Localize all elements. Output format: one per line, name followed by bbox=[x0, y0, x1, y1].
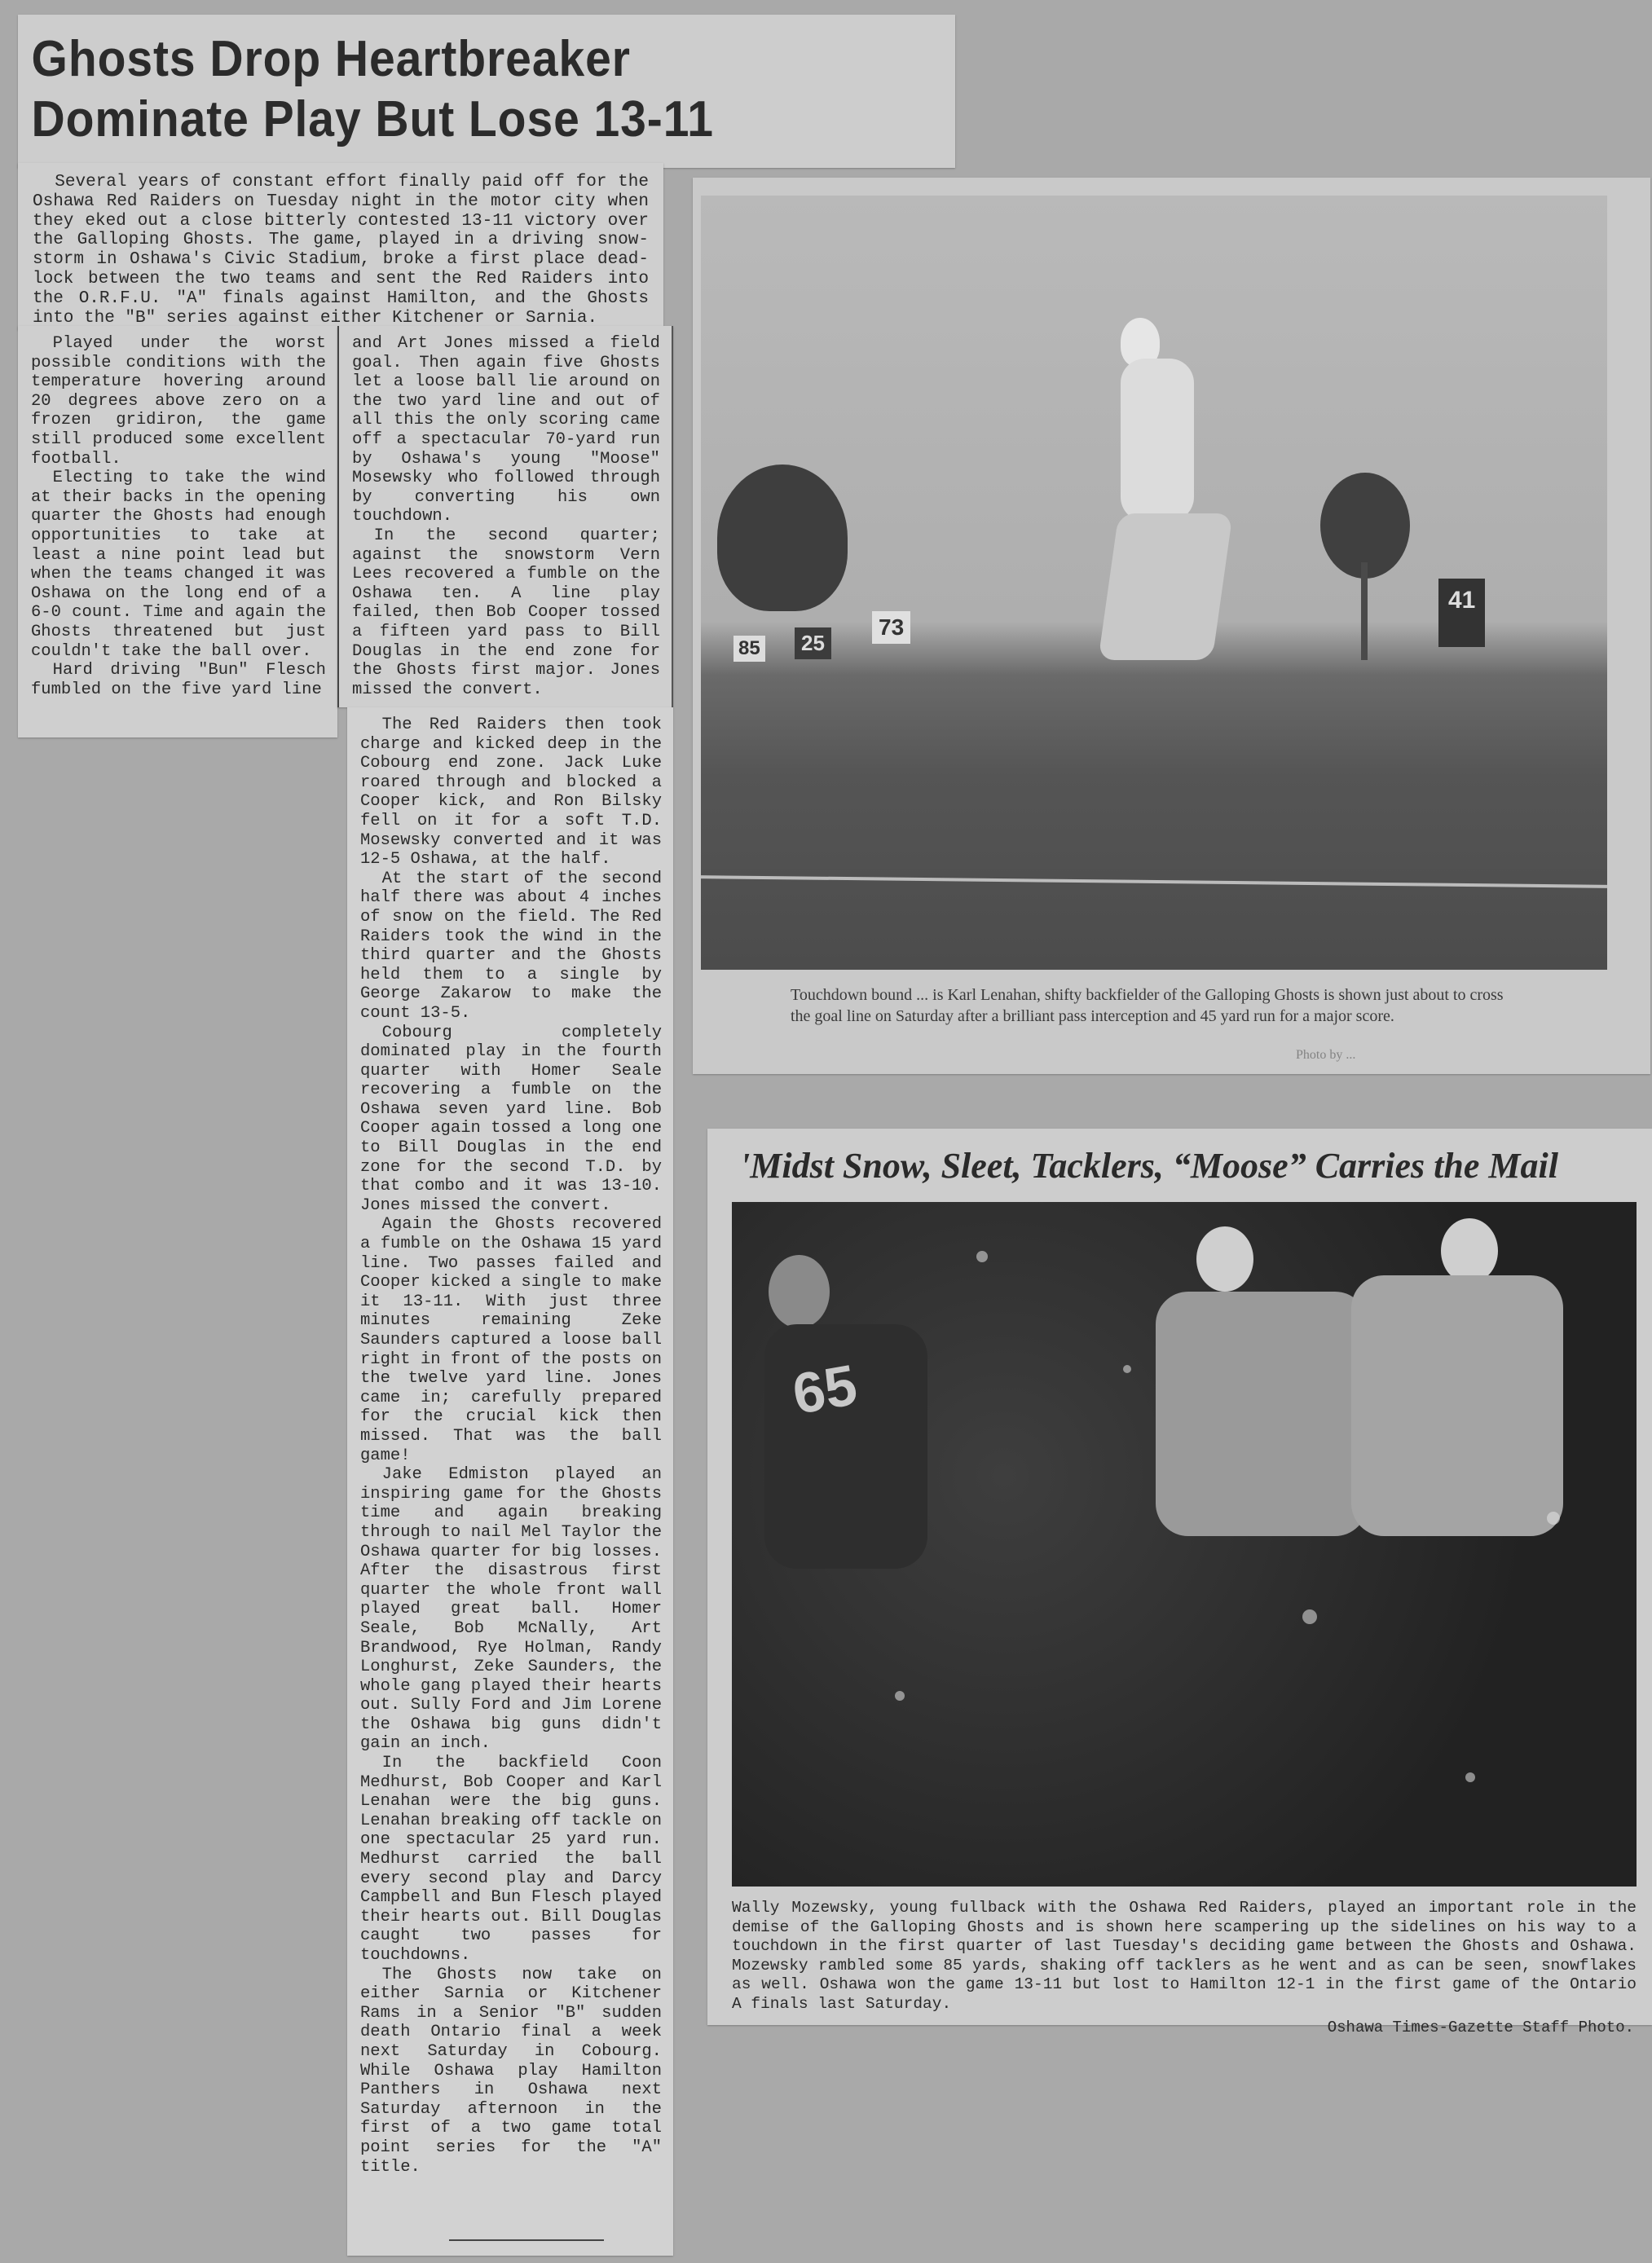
tackler-helmet bbox=[1441, 1218, 1498, 1283]
tackler-body bbox=[1156, 1292, 1368, 1536]
headline-clipping: Ghosts Drop Heartbreaker Dominate Play B… bbox=[18, 15, 955, 168]
tackler-body bbox=[1351, 1275, 1563, 1536]
paragraph: In the backfield Coon Medhurst, Bob Coop… bbox=[360, 1754, 662, 1966]
snowflake bbox=[1547, 1512, 1560, 1525]
paragraph: At the start of the second half there wa… bbox=[360, 870, 662, 1024]
tree-trunk bbox=[1361, 562, 1368, 660]
photo-2-credit: Oshawa Times-Gazette Staff Photo. bbox=[1328, 2019, 1634, 2036]
jersey-number: 85 bbox=[733, 636, 765, 662]
runner-helmet bbox=[769, 1255, 830, 1328]
paragraph: In the second quarter; against the snows… bbox=[352, 526, 660, 699]
paragraph: Jake Edmiston played an inspiring game f… bbox=[360, 1465, 662, 1754]
column-2-bottom-text: The Red Raiders then took charge and kic… bbox=[347, 707, 673, 2177]
football-photo-touchdown: 85 25 73 41 bbox=[701, 196, 1607, 970]
snowflake bbox=[1302, 1609, 1317, 1624]
snowflake bbox=[976, 1251, 988, 1262]
paragraph: and Art Jones missed a field goal. Then … bbox=[352, 334, 660, 526]
jersey-number: 65 bbox=[788, 1352, 862, 1427]
football-photo-snowstorm: 65 bbox=[732, 1202, 1637, 1887]
lead-text: Several years of constant effort finally… bbox=[33, 173, 649, 328]
lead-clipping: Several years of constant effort finally… bbox=[18, 163, 663, 330]
article-headline: Ghosts Drop Heartbreaker Dominate Play B… bbox=[18, 15, 880, 150]
photo-2-clipping: 'Midst Snow, Sleet, Tacklers, “Moose” Ca… bbox=[707, 1129, 1652, 2025]
paragraph: Hard driving "Bun" Flesch fumbled on the… bbox=[31, 661, 326, 699]
column-2-bottom-clipping: The Red Raiders then took charge and kic… bbox=[347, 707, 673, 2256]
end-rule bbox=[449, 2239, 604, 2241]
column-1-text: Played under the worst possible conditio… bbox=[18, 326, 337, 699]
paragraph: Played under the worst possible conditio… bbox=[31, 334, 326, 469]
tackler-helmet bbox=[1196, 1226, 1253, 1292]
tree-shape bbox=[717, 464, 848, 611]
headline-line-2: Dominate Play But Lose 13-11 bbox=[32, 91, 714, 147]
lead-paragraph: Several years of constant effort finally… bbox=[18, 163, 663, 328]
photo-2-caption: Wally Mozewsky, young fullback with the … bbox=[732, 1899, 1637, 2014]
photo-2-headline: 'Midst Snow, Sleet, Tacklers, “Moose” Ca… bbox=[740, 1145, 1558, 1187]
runner-body bbox=[1121, 359, 1194, 522]
paragraph: The Ghosts now take on either Sarnia or … bbox=[360, 1966, 662, 2177]
paragraph: Cobourg completely dominated play in the… bbox=[360, 1024, 662, 1216]
column-2-top-clipping: and Art Jones missed a field goal. Then … bbox=[337, 326, 673, 707]
headline-line-1: Ghosts Drop Heartbreaker bbox=[32, 31, 631, 87]
paragraph: The Red Raiders then took charge and kic… bbox=[360, 715, 662, 870]
paragraph: Electing to take the wind at their backs… bbox=[31, 469, 326, 661]
photo-1-caption: Touchdown bound ... is Karl Lenahan, shi… bbox=[791, 984, 1524, 1027]
jersey-number: 73 bbox=[872, 611, 910, 644]
runner-legs bbox=[1098, 513, 1232, 660]
jersey-number: 25 bbox=[795, 627, 831, 659]
snowflake bbox=[895, 1691, 905, 1701]
snowflake bbox=[1123, 1365, 1131, 1373]
snowflake bbox=[1465, 1772, 1475, 1782]
photo-1-clipping: 85 25 73 41 Touchdown bound ... is Karl … bbox=[693, 178, 1650, 1074]
photo-1-credit: Photo by ... bbox=[1296, 1048, 1355, 1063]
jersey-number: 41 bbox=[1438, 579, 1485, 647]
column-1-clipping: Played under the worst possible conditio… bbox=[18, 326, 337, 737]
yard-line bbox=[701, 875, 1607, 888]
paragraph: Again the Ghosts recovered a fumble on t… bbox=[360, 1215, 662, 1465]
column-2-top-text: and Art Jones missed a field goal. Then … bbox=[339, 326, 672, 699]
